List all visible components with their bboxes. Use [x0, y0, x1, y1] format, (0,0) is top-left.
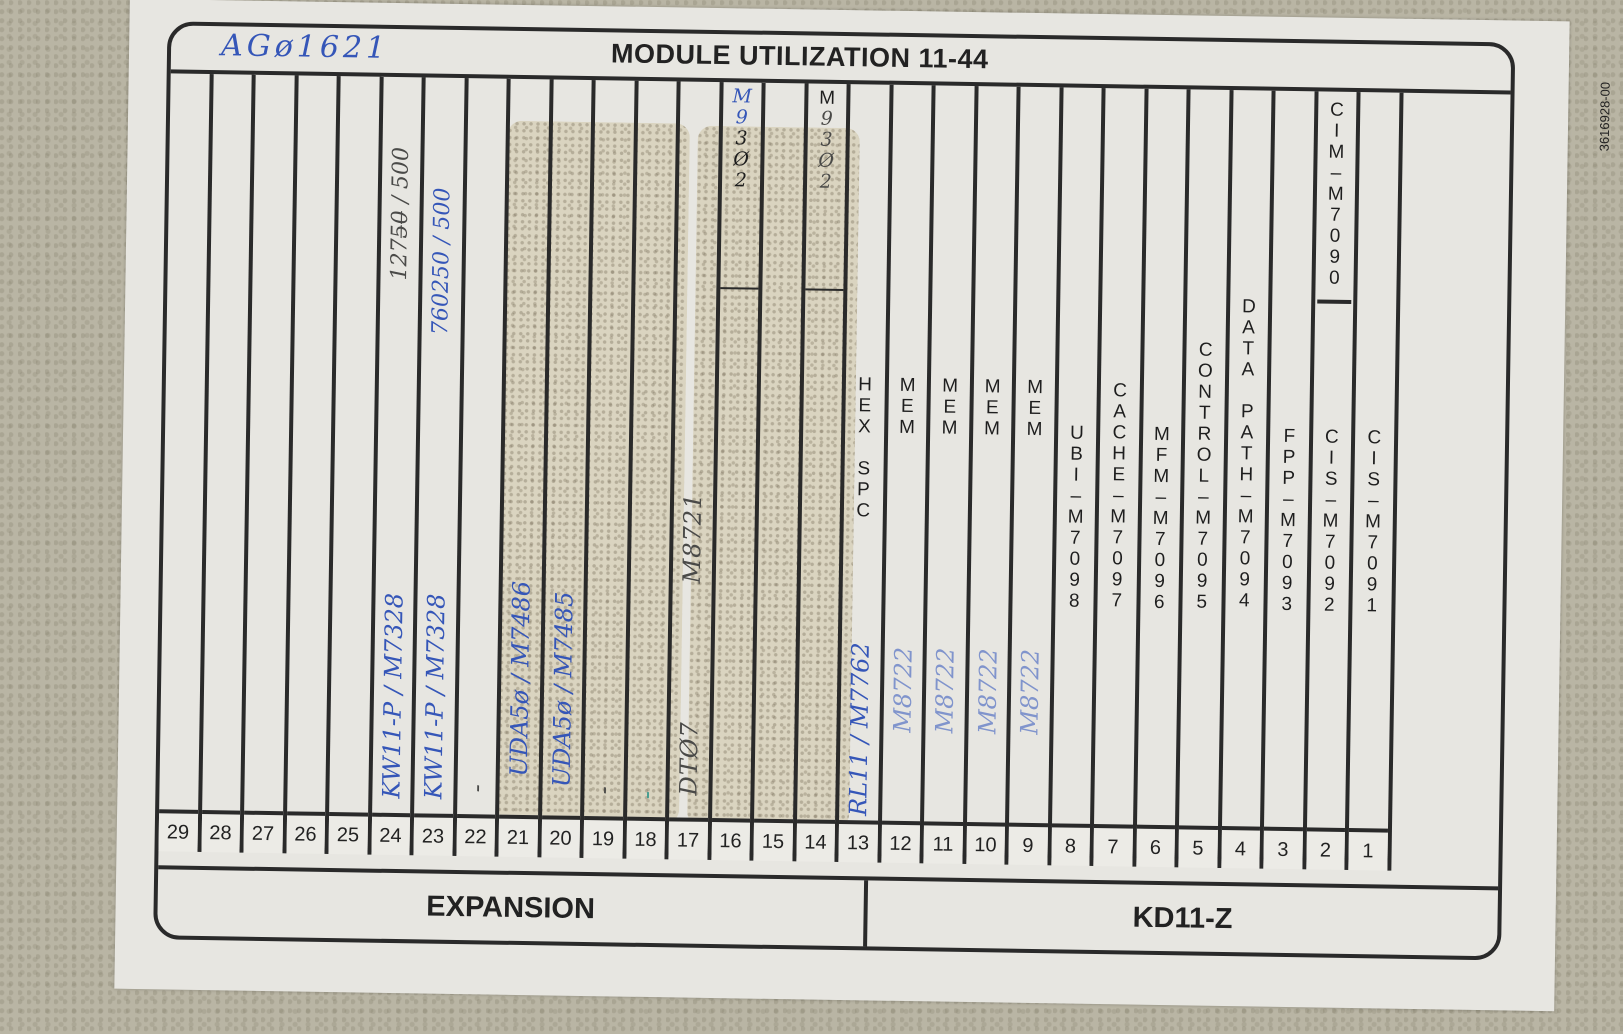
slot-printed-label: FPP–M7093 [1279, 426, 1298, 615]
slot-number: 29 [158, 809, 197, 852]
asset-tag: AGø1621 [221, 28, 390, 66]
document-number: 3616928-00 [1597, 82, 1613, 152]
slot-module-handwritten: UDA5ø / M7485 [547, 592, 578, 788]
slot-module-handwritten: - [632, 791, 660, 800]
card-frame: AGø1621 MODULE UTILIZATION 11-44 29 28 2… [153, 21, 1515, 960]
slot-module-handwritten: - [462, 784, 490, 793]
slot-printed-label: CONTROL–M7095 [1194, 340, 1214, 613]
slot-module-handwritten: M8722 [973, 648, 1002, 734]
slot-number: 22 [456, 814, 495, 857]
slot-reserved-mark: M93Ø2 [720, 82, 762, 290]
slot-number: 4 [1221, 826, 1260, 869]
slot-printed-label: DATA PATH–M7094 [1236, 296, 1257, 611]
slot-number: 19 [583, 816, 622, 859]
slot-number: 15 [753, 819, 792, 862]
slot-number: 14 [796, 819, 835, 862]
slot-top-printed-label: CIM–M7090 [1326, 100, 1345, 289]
slot-number: 23 [413, 813, 452, 856]
slot-reserved-mark: M93Ø2 [805, 83, 847, 291]
card-title: MODULE UTILIZATION 11-44 [611, 38, 989, 75]
slot-module-handwritten: M93Ø2 [731, 86, 752, 191]
slot-number: 27 [243, 811, 282, 854]
backplane-slots: 29 28 27 26 25 1275̶0̶ / 500 KW11-P / M7… [158, 73, 1410, 870]
slot-printed-label: CIS–M7092 [1321, 427, 1340, 616]
slot-number: 28 [201, 810, 240, 853]
slot-pencil-note: 1275̶0̶ / 500 [387, 147, 414, 281]
slot-printed-label: UBI–M7098 [1066, 423, 1085, 612]
slot-number: 16 [711, 818, 750, 861]
slot-printed-label: HEX SPC [856, 374, 872, 521]
slot-number: 3 [1263, 827, 1302, 870]
slot-printed-label: MEM [899, 375, 916, 438]
cim-module-box: CIM–M7090 [1317, 91, 1355, 304]
slot-module-handwritten: M8722 [1016, 649, 1045, 735]
slot-number: 12 [881, 821, 920, 864]
section-footer: EXPANSION KD11-Z [157, 865, 1498, 956]
slot-printed-label: CACHE–M7097 [1109, 380, 1128, 611]
slot-number: 9 [1008, 823, 1047, 866]
slot-number: 21 [498, 815, 537, 858]
slot-module-handwritten: UDA5ø / M7486 [505, 581, 536, 777]
slot-printed-label: CIS–M7091 [1364, 427, 1383, 616]
slot-number: 20 [541, 815, 580, 858]
slot-module-handwritten: M8722 [888, 647, 917, 733]
slot-module-handwritten: KW11-P / M7328 [420, 594, 451, 800]
slot-number: 25 [328, 812, 367, 855]
cpu-section-label: KD11-Z [867, 880, 1498, 956]
slot-number: 24 [371, 813, 410, 856]
slot-printed-label: MFM–M7096 [1151, 424, 1170, 613]
slot-module-handwritten: M8722 [931, 648, 960, 734]
slot-top-note: 760250 / 500 [428, 188, 455, 336]
slot-number: 8 [1051, 823, 1090, 866]
slot-printed-label: MEM [1026, 377, 1043, 440]
slot-number: 2 [1306, 827, 1345, 870]
slot-module-handwritten: - [590, 786, 618, 795]
slot-module-handwritten: M93Ø2 [818, 88, 835, 193]
slot-number: 6 [1136, 825, 1175, 868]
slot-printed-label: MEM [941, 376, 958, 439]
slot-number: 18 [626, 817, 665, 860]
expansion-section-label: EXPANSION [157, 869, 868, 946]
slot-number: 13 [838, 820, 877, 863]
slot-number: 1 [1348, 828, 1387, 871]
slot-module-handwritten: RL11 / M7762 [844, 643, 875, 817]
slot-module-handwritten: KW11-P / M7328 [377, 593, 408, 799]
module-utilization-card: 3616928-00 AGø1621 MODULE UTILIZATION 11… [114, 0, 1569, 1011]
slot-module-handwritten: DTØ7 M8721 [675, 493, 708, 796]
slot-number: 17 [668, 817, 707, 860]
slot-number: 11 [923, 821, 962, 864]
slot-number: 10 [966, 822, 1005, 865]
slot-number: 5 [1178, 825, 1217, 868]
slot-number: 26 [286, 811, 325, 854]
slot-printed-label: MEM [984, 376, 1001, 439]
slot-number: 7 [1093, 824, 1132, 867]
